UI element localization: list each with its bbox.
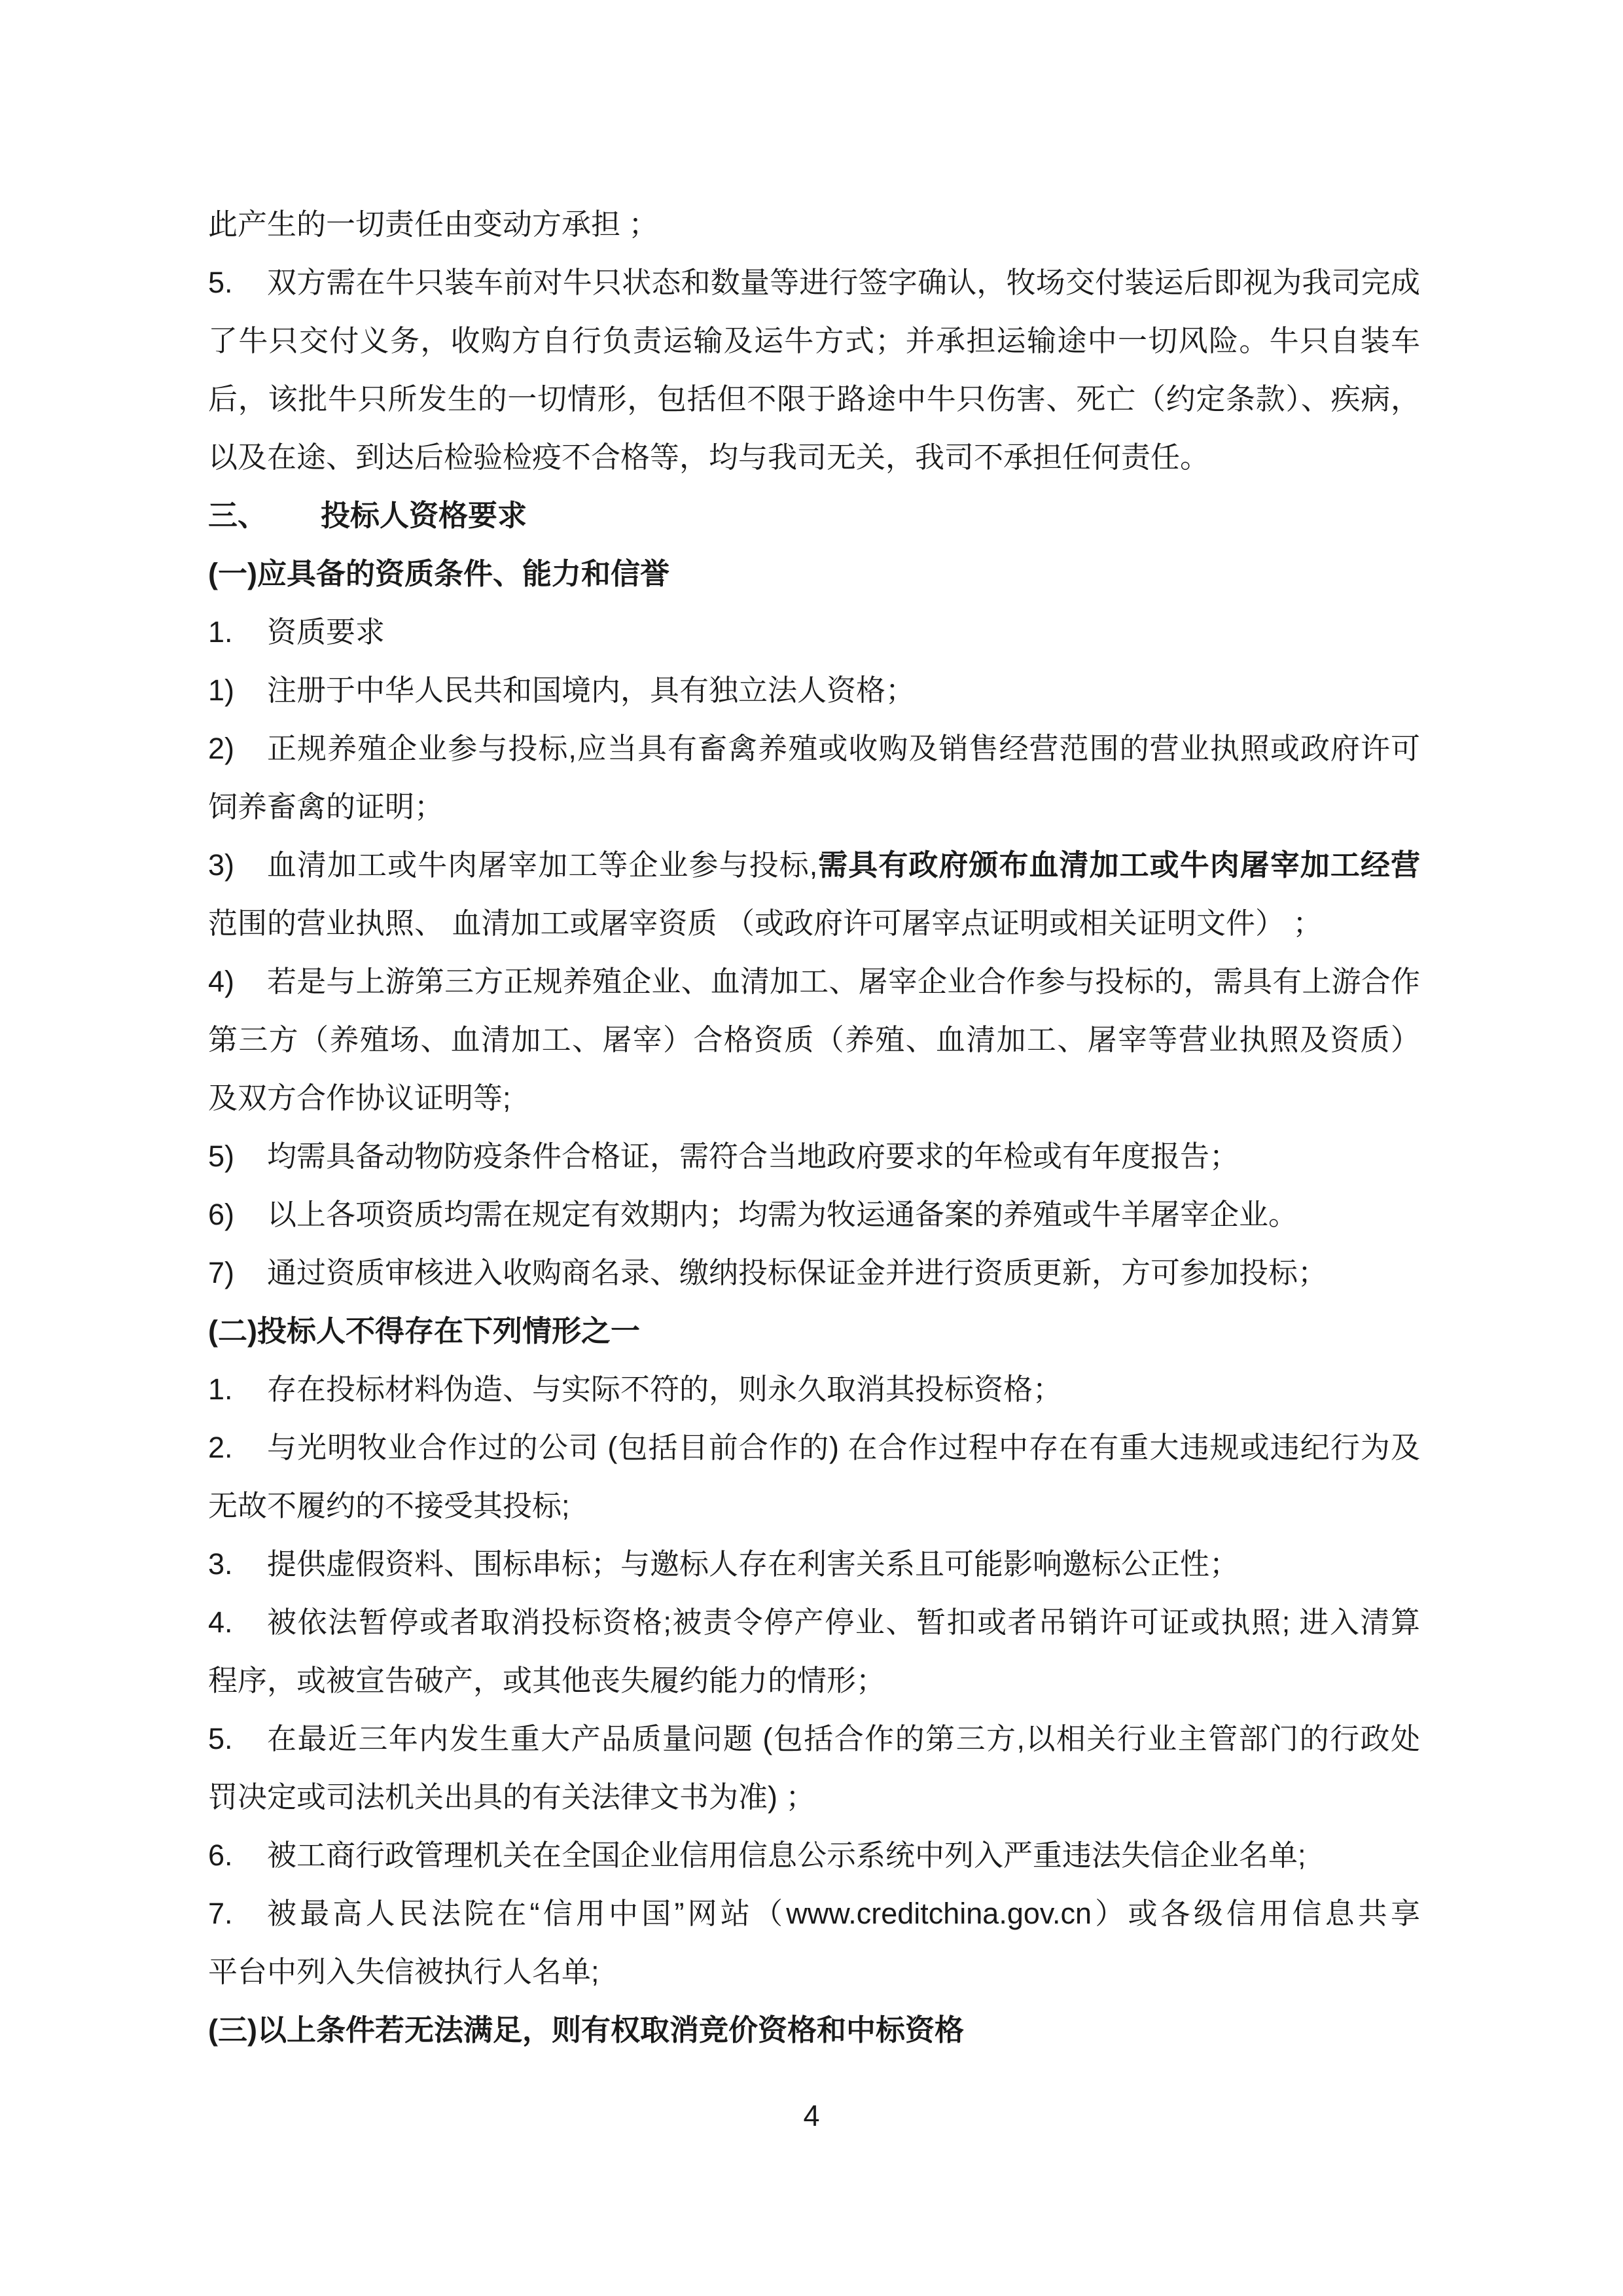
text-line: (一)应具备的资质条件、能力和信誉 — [208, 545, 1420, 603]
list-number: 6) — [208, 1185, 234, 1244]
text-segment: 存在投标材料伪造、与实际不符的，则永久取消其投标资格； — [267, 1372, 1062, 1406]
text-line: 2)正规养殖企业参与投标,应当具有畜禽养殖或收购及销售经营范围的营业执照或政府许… — [208, 719, 1420, 778]
list-number: 4. — [208, 1593, 233, 1651]
list-number: 7. — [208, 1884, 233, 1943]
text-segment: 无故不履约的不接受其投标; — [208, 1489, 570, 1522]
text-line: 3)血清加工或牛肉屠宰加工等企业参与投标,需具有政府颁布血清加工或牛肉屠宰加工经… — [208, 836, 1420, 894]
text-segment: 被最高人民法院在“信用中国”网站（www.creditchina.gov.cn）… — [267, 1897, 1420, 1930]
text-line: 6)以上各项资质均需在规定有效期内；均需为牧运通备案的养殖或牛羊屠宰企业。 — [208, 1185, 1420, 1244]
text-line: 5)均需具备动物防疫条件合格证，需符合当地政府要求的年检或有年度报告； — [208, 1127, 1420, 1185]
list-number: 7) — [208, 1244, 234, 1302]
text-segment: 与光明牧业合作过的公司 (包括目前合作的) 在合作过程中存在有重大违规或违纪行为… — [267, 1431, 1420, 1464]
text-segment: 饲养畜禽的证明； — [208, 790, 444, 823]
document-page: 此产生的一切责任由变动方承担 ；5.双方需在牛只装车前对牛只状态和数量等进行签字… — [208, 195, 1420, 2059]
text-line: 7)通过资质审核进入收购商名录、缴纳投标保证金并进行资质更新，方可参加投标； — [208, 1244, 1420, 1302]
text-segment: 以及在途、到达后检验检疫不合格等，均与我司无关，我司不承担任何责任。 — [208, 440, 1209, 474]
text-segment: 第三方（养殖场、血清加工、屠宰）合格资质（养殖、血清加工、屠宰等营业执照及资质） — [208, 1023, 1420, 1056]
text-line: 3.提供虚假资料、围标串标；与邀标人存在利害关系且可能影响邀标公正性； — [208, 1535, 1420, 1593]
text-segment: (三)以上条件若无法满足，则有权取消竞价资格和中标资格 — [208, 2013, 964, 2047]
text-line: 1)注册于中华人民共和国境内，具有独立法人资格； — [208, 661, 1420, 719]
text-line: (二)投标人不得存在下列情形之一 — [208, 1302, 1420, 1360]
text-line: 程序，或被宣告破产，或其他丧失履约能力的情形； — [208, 1651, 1420, 1710]
text-segment: 了牛只交付义务，收购方自行负责运输及运牛方式；并承担运输途中一切风险。牛只自装车 — [208, 324, 1420, 357]
text-segment: 资质要求 — [267, 615, 385, 649]
text-segment: 正规养殖企业参与投标,应当具有畜禽养殖或收购及销售经营范围的营业执照或政府许可 — [267, 732, 1420, 765]
text-line: (三)以上条件若无法满足，则有权取消竞价资格和中标资格 — [208, 2001, 1420, 2059]
text-line: 饲养畜禽的证明； — [208, 778, 1420, 836]
text-line: 罚决定或司法机关出具的有关法律文书为准) ； — [208, 1768, 1420, 1826]
text-line: 6.被工商行政管理机关在全国企业信用信息公示系统中列入严重违法失信企业名单; — [208, 1826, 1420, 1884]
text-line: 1.资质要求 — [208, 603, 1420, 661]
text-segment: 若是与上游第三方正规养殖企业、血清加工、屠宰企业合作参与投标的，需具有上游合作 — [267, 965, 1420, 998]
text-line: 了牛只交付义务，收购方自行负责运输及运牛方式；并承担运输途中一切风险。牛只自装车 — [208, 312, 1420, 370]
page-number: 4 — [0, 2096, 1623, 2136]
text-segment: 此产生的一切责任由变动方承担 ； — [208, 207, 658, 241]
text-segment: 及双方合作协议证明等; — [208, 1081, 511, 1115]
list-number: 6. — [208, 1826, 233, 1884]
list-number: 3) — [208, 836, 234, 894]
text-line: 4.被依法暂停或者取消投标资格;被责令停产停业、暂扣或者吊销许可证或执照; 进入… — [208, 1593, 1420, 1651]
text-line: 无故不履约的不接受其投标; — [208, 1477, 1420, 1535]
text-segment: 需具有政府颁布血清加工或牛肉屠宰加工经营 — [817, 848, 1420, 882]
text-segment: 血清加工或牛肉屠宰加工等企业参与投标, — [267, 848, 817, 882]
text-segment: 罚决定或司法机关出具的有关法律文书为准) ； — [208, 1780, 815, 1814]
list-number: 4) — [208, 952, 234, 1011]
text-segment: 投标人资格要求 — [321, 499, 527, 532]
text-segment: 被工商行政管理机关在全国企业信用信息公示系统中列入严重违法失信企业名单; — [267, 1839, 1306, 1872]
list-number: 1. — [208, 1360, 233, 1418]
text-line: 第三方（养殖场、血清加工、屠宰）合格资质（养殖、血清加工、屠宰等营业执照及资质） — [208, 1011, 1420, 1069]
text-line: 7.被最高人民法院在“信用中国”网站（www.creditchina.gov.c… — [208, 1884, 1420, 1943]
text-line: 1.存在投标材料伪造、与实际不符的，则永久取消其投标资格； — [208, 1360, 1420, 1418]
text-segment: 以上各项资质均需在规定有效期内；均需为牧运通备案的养殖或牛羊屠宰企业。 — [267, 1198, 1298, 1231]
text-segment: 通过资质审核进入收购商名录、缴纳投标保证金并进行资质更新，方可参加投标； — [267, 1256, 1327, 1289]
text-line: 及双方合作协议证明等; — [208, 1069, 1420, 1127]
text-line: 范围的营业执照、 血清加工或屠宰资质 （或政府许可屠宰点证明或相关证明文件） ； — [208, 894, 1420, 952]
text-segment: (二)投标人不得存在下列情形之一 — [208, 1314, 640, 1348]
text-line: 5.双方需在牛只装车前对牛只状态和数量等进行签字确认，牧场交付装运后即视为我司完… — [208, 253, 1420, 312]
list-number: 2. — [208, 1418, 233, 1477]
text-line: 4)若是与上游第三方正规养殖企业、血清加工、屠宰企业合作参与投标的，需具有上游合… — [208, 952, 1420, 1011]
text-segment: 均需具备动物防疫条件合格证，需符合当地政府要求的年检或有年度报告； — [267, 1139, 1239, 1173]
text-line: 2.与光明牧业合作过的公司 (包括目前合作的) 在合作过程中存在有重大违规或违纪… — [208, 1418, 1420, 1477]
text-line: 后，该批牛只所发生的一切情形，包括但不限于路途中牛只伤害、死亡（约定条款）、疾病… — [208, 370, 1420, 428]
text-line: 此产生的一切责任由变动方承担 ； — [208, 195, 1420, 253]
text-segment: 提供虚假资料、围标串标；与邀标人存在利害关系且可能影响邀标公正性； — [267, 1547, 1239, 1581]
text-segment: 平台中列入失信被执行人名单; — [208, 1955, 599, 1988]
list-number: 5. — [208, 253, 233, 312]
text-line: 三、投标人资格要求 — [208, 486, 1420, 545]
list-number: 1) — [208, 661, 234, 719]
text-segment: 程序，或被宣告破产，或其他丧失履约能力的情形； — [208, 1664, 885, 1697]
text-segment: 双方需在牛只装车前对牛只状态和数量等进行签字确认，牧场交付装运后即视为我司完成 — [267, 266, 1420, 299]
text-segment: 范围的营业执照、 血清加工或屠宰资质 （或政府许可屠宰点证明或相关证明文件） ； — [208, 906, 1323, 940]
text-line: 以及在途、到达后检验检疫不合格等，均与我司无关，我司不承担任何责任。 — [208, 428, 1420, 486]
list-number: 3. — [208, 1535, 233, 1593]
text-segment: 在最近三年内发生重大产品质量问题 (包括合作的第三方,以相关行业主管部门的行政处 — [267, 1722, 1420, 1755]
text-line: 平台中列入失信被执行人名单; — [208, 1943, 1420, 2001]
text-segment: 注册于中华人民共和国境内，具有独立法人资格； — [267, 673, 915, 707]
text-segment: 被依法暂停或者取消投标资格;被责令停产停业、暂扣或者吊销许可证或执照; 进入清算 — [267, 1605, 1420, 1639]
list-number: 2) — [208, 719, 234, 778]
list-number: 三、 — [208, 486, 267, 545]
list-number: 5) — [208, 1127, 234, 1185]
list-number: 5. — [208, 1710, 233, 1768]
text-line: 5.在最近三年内发生重大产品质量问题 (包括合作的第三方,以相关行业主管部门的行… — [208, 1710, 1420, 1768]
list-number: 1. — [208, 603, 233, 661]
text-segment: 后，该批牛只所发生的一切情形，包括但不限于路途中牛只伤害、死亡（约定条款）、疾病… — [208, 382, 1420, 416]
text-segment: (一)应具备的资质条件、能力和信誉 — [208, 557, 669, 590]
